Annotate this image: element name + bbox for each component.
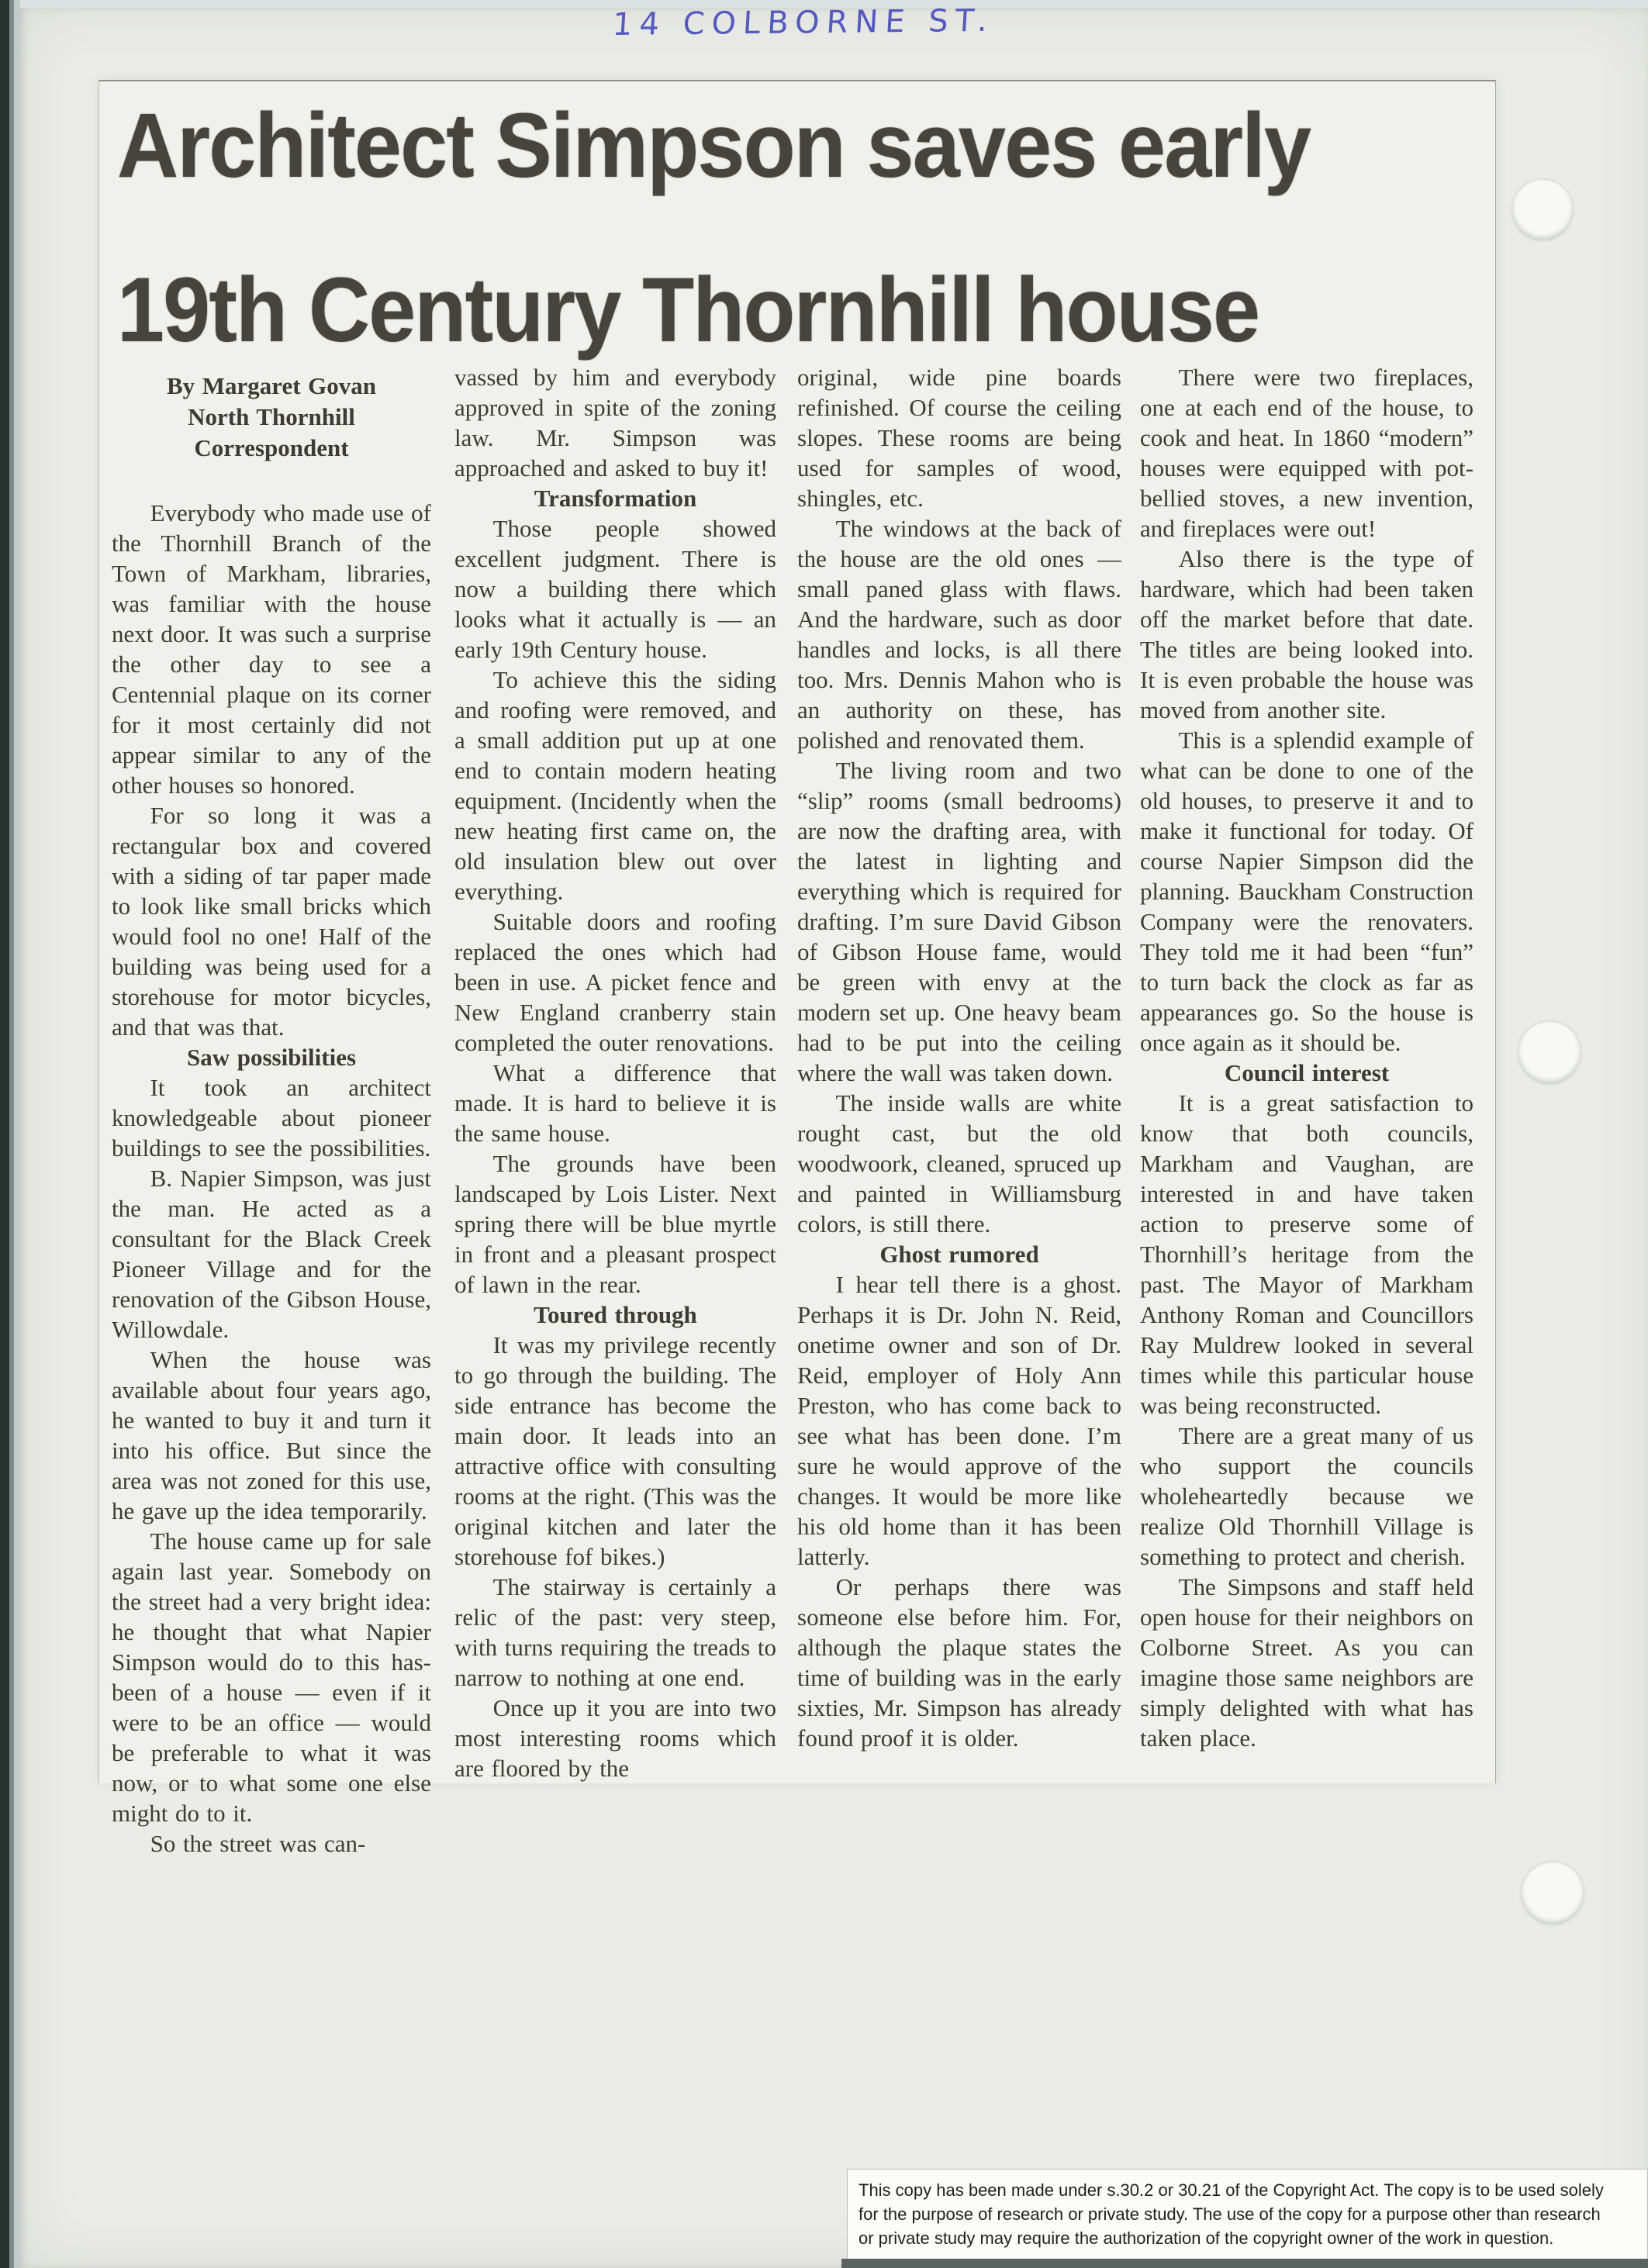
- article-paragraph: Suitable doors and roofing replaced the …: [454, 906, 776, 1058]
- article-paragraph: Once up it you are into two most interes…: [454, 1693, 776, 1783]
- newspaper-clipping: Architect Simpson saves early 19th Centu…: [98, 80, 1496, 1783]
- article-paragraph: There are a great many of us who support…: [1140, 1421, 1474, 1572]
- article-paragraph: For so long it was a rectangular box and…: [112, 800, 431, 1042]
- scanned-newspaper-page: { "annotation": { "handwritten_address":…: [0, 0, 1648, 2268]
- article-paragraph: Everybody who made use of the Thornhill …: [112, 498, 431, 800]
- article-paragraph: The inside walls are white rought cast, …: [797, 1088, 1121, 1239]
- hole-punch-top: [1512, 180, 1573, 240]
- article-paragraph: The Simpsons and staff held open house f…: [1140, 1572, 1474, 1753]
- article-column-2: vassed by him and everybody approved in …: [454, 362, 776, 1783]
- scan-left-edge: [0, 0, 20, 2268]
- headline-line-1: Architect Simpson saves early: [117, 93, 1401, 198]
- article-paragraph: It was my privilege recently to go throu…: [454, 1330, 776, 1572]
- scan-bottom-edge: [841, 2259, 1648, 2268]
- section-subhead: Council interest: [1140, 1058, 1474, 1088]
- article-column-4: There were two fireplaces, one at each e…: [1140, 362, 1474, 1753]
- copyright-line: This copy has been made under s.30.2 or …: [859, 2178, 1636, 2202]
- article-paragraph: B. Napier Simpson, was just the man. He …: [112, 1163, 431, 1345]
- article-column-1: By Margaret GovanNorth ThornhillCorrespo…: [112, 366, 431, 1859]
- copyright-stamp: This copy has been made under s.30.2 or …: [847, 2169, 1648, 2260]
- article-paragraph: There were two fireplaces, one at each e…: [1140, 362, 1474, 544]
- article-paragraph: Or perhaps there was someone else before…: [797, 1572, 1121, 1753]
- article-paragraph: When the house was available about four …: [112, 1345, 431, 1526]
- article-column-3: original, wide pine boards refinished. O…: [797, 362, 1121, 1753]
- hole-punch-middle: [1518, 1022, 1581, 1084]
- article-paragraph: Also there is the type of hardware, whic…: [1140, 544, 1474, 725]
- article-paragraph: So the street was can-: [112, 1828, 431, 1859]
- section-subhead: Toured through: [454, 1300, 776, 1330]
- article-paragraph: The grounds have been landscaped by Lois…: [454, 1148, 776, 1300]
- article-paragraph: Those people showed excellent judgment. …: [454, 513, 776, 665]
- article-paragraph: vassed by him and everybody approved in …: [454, 362, 776, 483]
- article-paragraph: The windows at the back of the house are…: [797, 513, 1121, 755]
- hole-punch-bottom: [1522, 1862, 1584, 1925]
- article-paragraph: The living room and two “slip” rooms (sm…: [797, 755, 1121, 1088]
- section-subhead: Saw possibilities: [112, 1042, 431, 1072]
- article-paragraph: It is a great satisfaction to know that …: [1140, 1088, 1474, 1421]
- article-paragraph: The stairway is certainly a relic of the…: [454, 1572, 776, 1693]
- article-paragraph: The house came up for sale again last ye…: [112, 1526, 431, 1828]
- handwritten-address-note: 14 COLBORNE ST.: [612, 2, 1049, 43]
- article-paragraph: original, wide pine boards refinished. O…: [797, 362, 1121, 513]
- article-paragraph: It took an architect knowledgeable about…: [112, 1072, 431, 1163]
- article-paragraph: What a difference that made. It is hard …: [454, 1058, 776, 1148]
- article-paragraph: To achieve this the siding and roofing w…: [454, 665, 776, 906]
- headline-line-2: 19th Century Thornhill house: [117, 257, 1401, 363]
- section-subhead: Ghost rumored: [797, 1239, 1121, 1269]
- section-subhead: Transformation: [454, 483, 776, 513]
- copyright-line: for the purpose of research or private s…: [859, 2202, 1636, 2226]
- article-paragraph: This is a splendid example of what can b…: [1140, 725, 1474, 1058]
- byline: By Margaret GovanNorth ThornhillCorrespo…: [112, 371, 431, 464]
- article-paragraph: I hear tell there is a ghost. Perhaps it…: [797, 1269, 1121, 1572]
- copyright-line: or private study may require the authori…: [859, 2226, 1636, 2250]
